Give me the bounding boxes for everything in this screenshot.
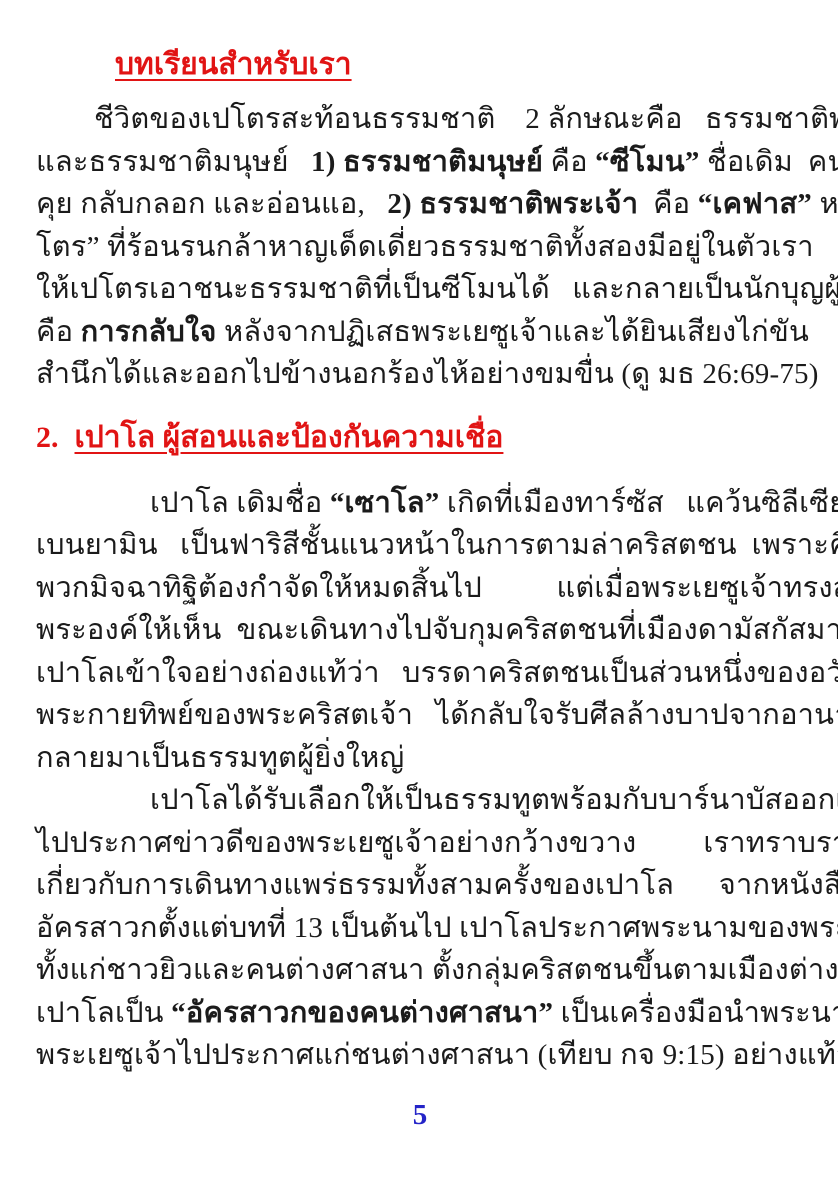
text-run: สำนึกได้และออกไปข้างนอกร้องไห้อย่างขมขื่…	[36, 358, 819, 390]
bold-text-run: 2) ธรรมชาติพระเจ้า	[387, 188, 638, 220]
text-run: อัครสาวกตั้งแต่บทที่ 13 เป็นต้นไป เปาโลป…	[36, 912, 838, 944]
text-line: และธรรมชาติมนุษย์ 1) ธรรมชาติมนุษย์ คือ …	[36, 141, 804, 184]
text-run: เกิดที่เมืองทาร์ซัส แคว้นซิลีเซียในตระกู…	[439, 487, 838, 519]
text-run: และธรรมชาติมนุษย์	[36, 146, 311, 178]
text-line: ให้เปโตรเอาชนะธรรมชาติที่เป็นซีโมนได้ แล…	[36, 268, 804, 311]
text-run: ชีวิตของเปโตรสะท้อนธรรมชาติ 2 ลักษณะคือ …	[94, 103, 838, 135]
text-run: คือ	[36, 316, 81, 348]
paragraph-peter-lesson: ชีวิตของเปโตรสะท้อนธรรมชาติ 2 ลักษณะคือ …	[36, 98, 804, 396]
section-title: เปาโล ผู้สอนและป้องกันความเชื่อ	[75, 418, 504, 458]
text-run: เปาโลได้รับเลือกให้เป็นธรรมทูตพร้อมกับบา…	[150, 784, 838, 816]
text-run: คือ	[638, 188, 698, 220]
text-line: เบนยามิน เป็นฟาริสีชั้นแนวหน้าในการตามล่…	[36, 524, 804, 567]
bold-text-run: “อัครสาวกของคนต่างศาสนา”	[171, 997, 553, 1029]
text-run: กลายมาเป็นธรรมทูตผู้ยิ่งใหญ่	[36, 742, 404, 774]
text-run: ทั้งแก่ชาวยิวและคนต่างศาสนา ตั้งกลุ่มคริ…	[36, 954, 838, 986]
text-run: เปาโลเข้าใจอย่างถ่องแท้ว่า บรรดาคริสตชนเ…	[36, 657, 838, 689]
text-run: เป็นเครื่องมือนำพระนามของ	[553, 997, 838, 1029]
document-page: บทเรียนสำหรับเรา ชีวิตของเปโตรสะท้อนธรรม…	[0, 0, 838, 1190]
text-run: พระองค์ให้เห็น ขณะเดินทางไปจับกุมคริสตชน…	[36, 614, 838, 646]
page-number: 5	[36, 1099, 804, 1132]
text-line: ชีวิตของเปโตรสะท้อนธรรมชาติ 2 ลักษณะคือ …	[36, 98, 804, 141]
text-line: โตร” ที่ร้อนรนกล้าหาญเด็ดเดี่ยวธรรมชาติท…	[36, 226, 804, 269]
text-run: หรือ	[812, 188, 838, 220]
text-run: เปาโล เดิมชื่อ	[150, 487, 330, 519]
text-run: คือ	[543, 146, 595, 178]
text-line: พระเยซูเจ้าไปประกาศแก่ชนต่างศาสนา (เทียบ…	[36, 1034, 804, 1077]
text-line: เปาโลเข้าใจอย่างถ่องแท้ว่า บรรดาคริสตชนเ…	[36, 652, 804, 695]
text-line: พระองค์ให้เห็น ขณะเดินทางไปจับกุมคริสตชน…	[36, 609, 804, 652]
paragraph-paul-mission: เปาโลได้รับเลือกให้เป็นธรรมทูตพร้อมกับบา…	[36, 779, 804, 1077]
document-body: ชีวิตของเปโตรสะท้อนธรรมชาติ 2 ลักษณะคือ …	[36, 98, 804, 1077]
bold-text-run: 1) ธรรมชาติมนุษย์	[311, 146, 543, 178]
section-heading-paul: 2.เปาโล ผู้สอนและป้องกันความเชื่อ	[36, 418, 804, 458]
bold-text-run: “เซาโล”	[330, 487, 440, 519]
lesson-heading-text: บทเรียนสำหรับเรา	[115, 48, 352, 81]
bold-text-run: การกลับใจ	[81, 316, 217, 348]
text-line: พระกายทิพย์ของพระคริสตเจ้า ได้กลับใจรับศ…	[36, 694, 804, 737]
text-line: พวกมิจฉาทิฐิต้องกำจัดให้หมดสิ้นไป แต่เมื…	[36, 567, 804, 610]
paragraph-paul-background: เปาโล เดิมชื่อ “เซาโล” เกิดที่เมืองทาร์ซ…	[36, 482, 804, 780]
text-run: ไปประกาศข่าวดีของพระเยซูเจ้าอย่างกว้างขว…	[36, 827, 838, 859]
text-line: เปาโล เดิมชื่อ “เซาโล” เกิดที่เมืองทาร์ซ…	[36, 482, 804, 525]
text-run: พระเยซูเจ้าไปประกาศแก่ชนต่างศาสนา (เทียบ…	[36, 1039, 838, 1071]
text-line: คุย กลับกลอก และอ่อนแอ, 2) ธรรมชาติพระเจ…	[36, 183, 804, 226]
text-run: พวกมิจฉาทิฐิต้องกำจัดให้หมดสิ้นไป แต่เมื…	[36, 572, 838, 604]
text-line: เปาโลเป็น “อัครสาวกของคนต่างศาสนา” เป็นเ…	[36, 992, 804, 1035]
text-line: ไปประกาศข่าวดีของพระเยซูเจ้าอย่างกว้างขว…	[36, 822, 804, 865]
text-run: เบนยามิน เป็นฟาริสีชั้นแนวหน้าในการตามล่…	[36, 529, 838, 561]
text-line: สำนึกได้และออกไปข้างนอกร้องไห้อย่างขมขื่…	[36, 353, 804, 396]
text-run: ให้เปโตรเอาชนะธรรมชาติที่เป็นซีโมนได้ แล…	[36, 273, 838, 305]
text-run: คุย กลับกลอก และอ่อนแอ,	[36, 188, 387, 220]
text-run: ชื่อเดิม คนเดิมที่ขี้	[700, 146, 838, 178]
text-run: เกี่ยวกับการเดินทางแพร่ธรรมทั้งสามครั้งข…	[36, 869, 838, 901]
text-run: โตร” ที่ร้อนรนกล้าหาญเด็ดเดี่ยวธรรมชาติท…	[36, 231, 838, 263]
text-line: คือ การกลับใจ หลังจากปฏิเสธพระเยซูเจ้าแล…	[36, 311, 804, 354]
bold-text-run: “เคฟาส”	[698, 188, 812, 220]
text-line: อัครสาวกตั้งแต่บทที่ 13 เป็นต้นไป เปาโลป…	[36, 907, 804, 950]
text-line: ทั้งแก่ชาวยิวและคนต่างศาสนา ตั้งกลุ่มคริ…	[36, 949, 804, 992]
section-number: 2.	[36, 418, 59, 458]
text-line: เปาโลได้รับเลือกให้เป็นธรรมทูตพร้อมกับบา…	[36, 779, 804, 822]
lesson-heading: บทเรียนสำหรับเรา	[115, 46, 804, 84]
text-line: เกี่ยวกับการเดินทางแพร่ธรรมทั้งสามครั้งข…	[36, 864, 804, 907]
text-run: หลังจากปฏิเสธพระเยซูเจ้าและได้ยินเสียงไก…	[217, 316, 838, 348]
text-run: เปาโลเป็น	[36, 997, 171, 1029]
text-line: กลายมาเป็นธรรมทูตผู้ยิ่งใหญ่	[36, 737, 804, 780]
bold-text-run: “ซีโมน”	[595, 146, 699, 178]
text-run: พระกายทิพย์ของพระคริสตเจ้า ได้กลับใจรับศ…	[36, 699, 838, 731]
